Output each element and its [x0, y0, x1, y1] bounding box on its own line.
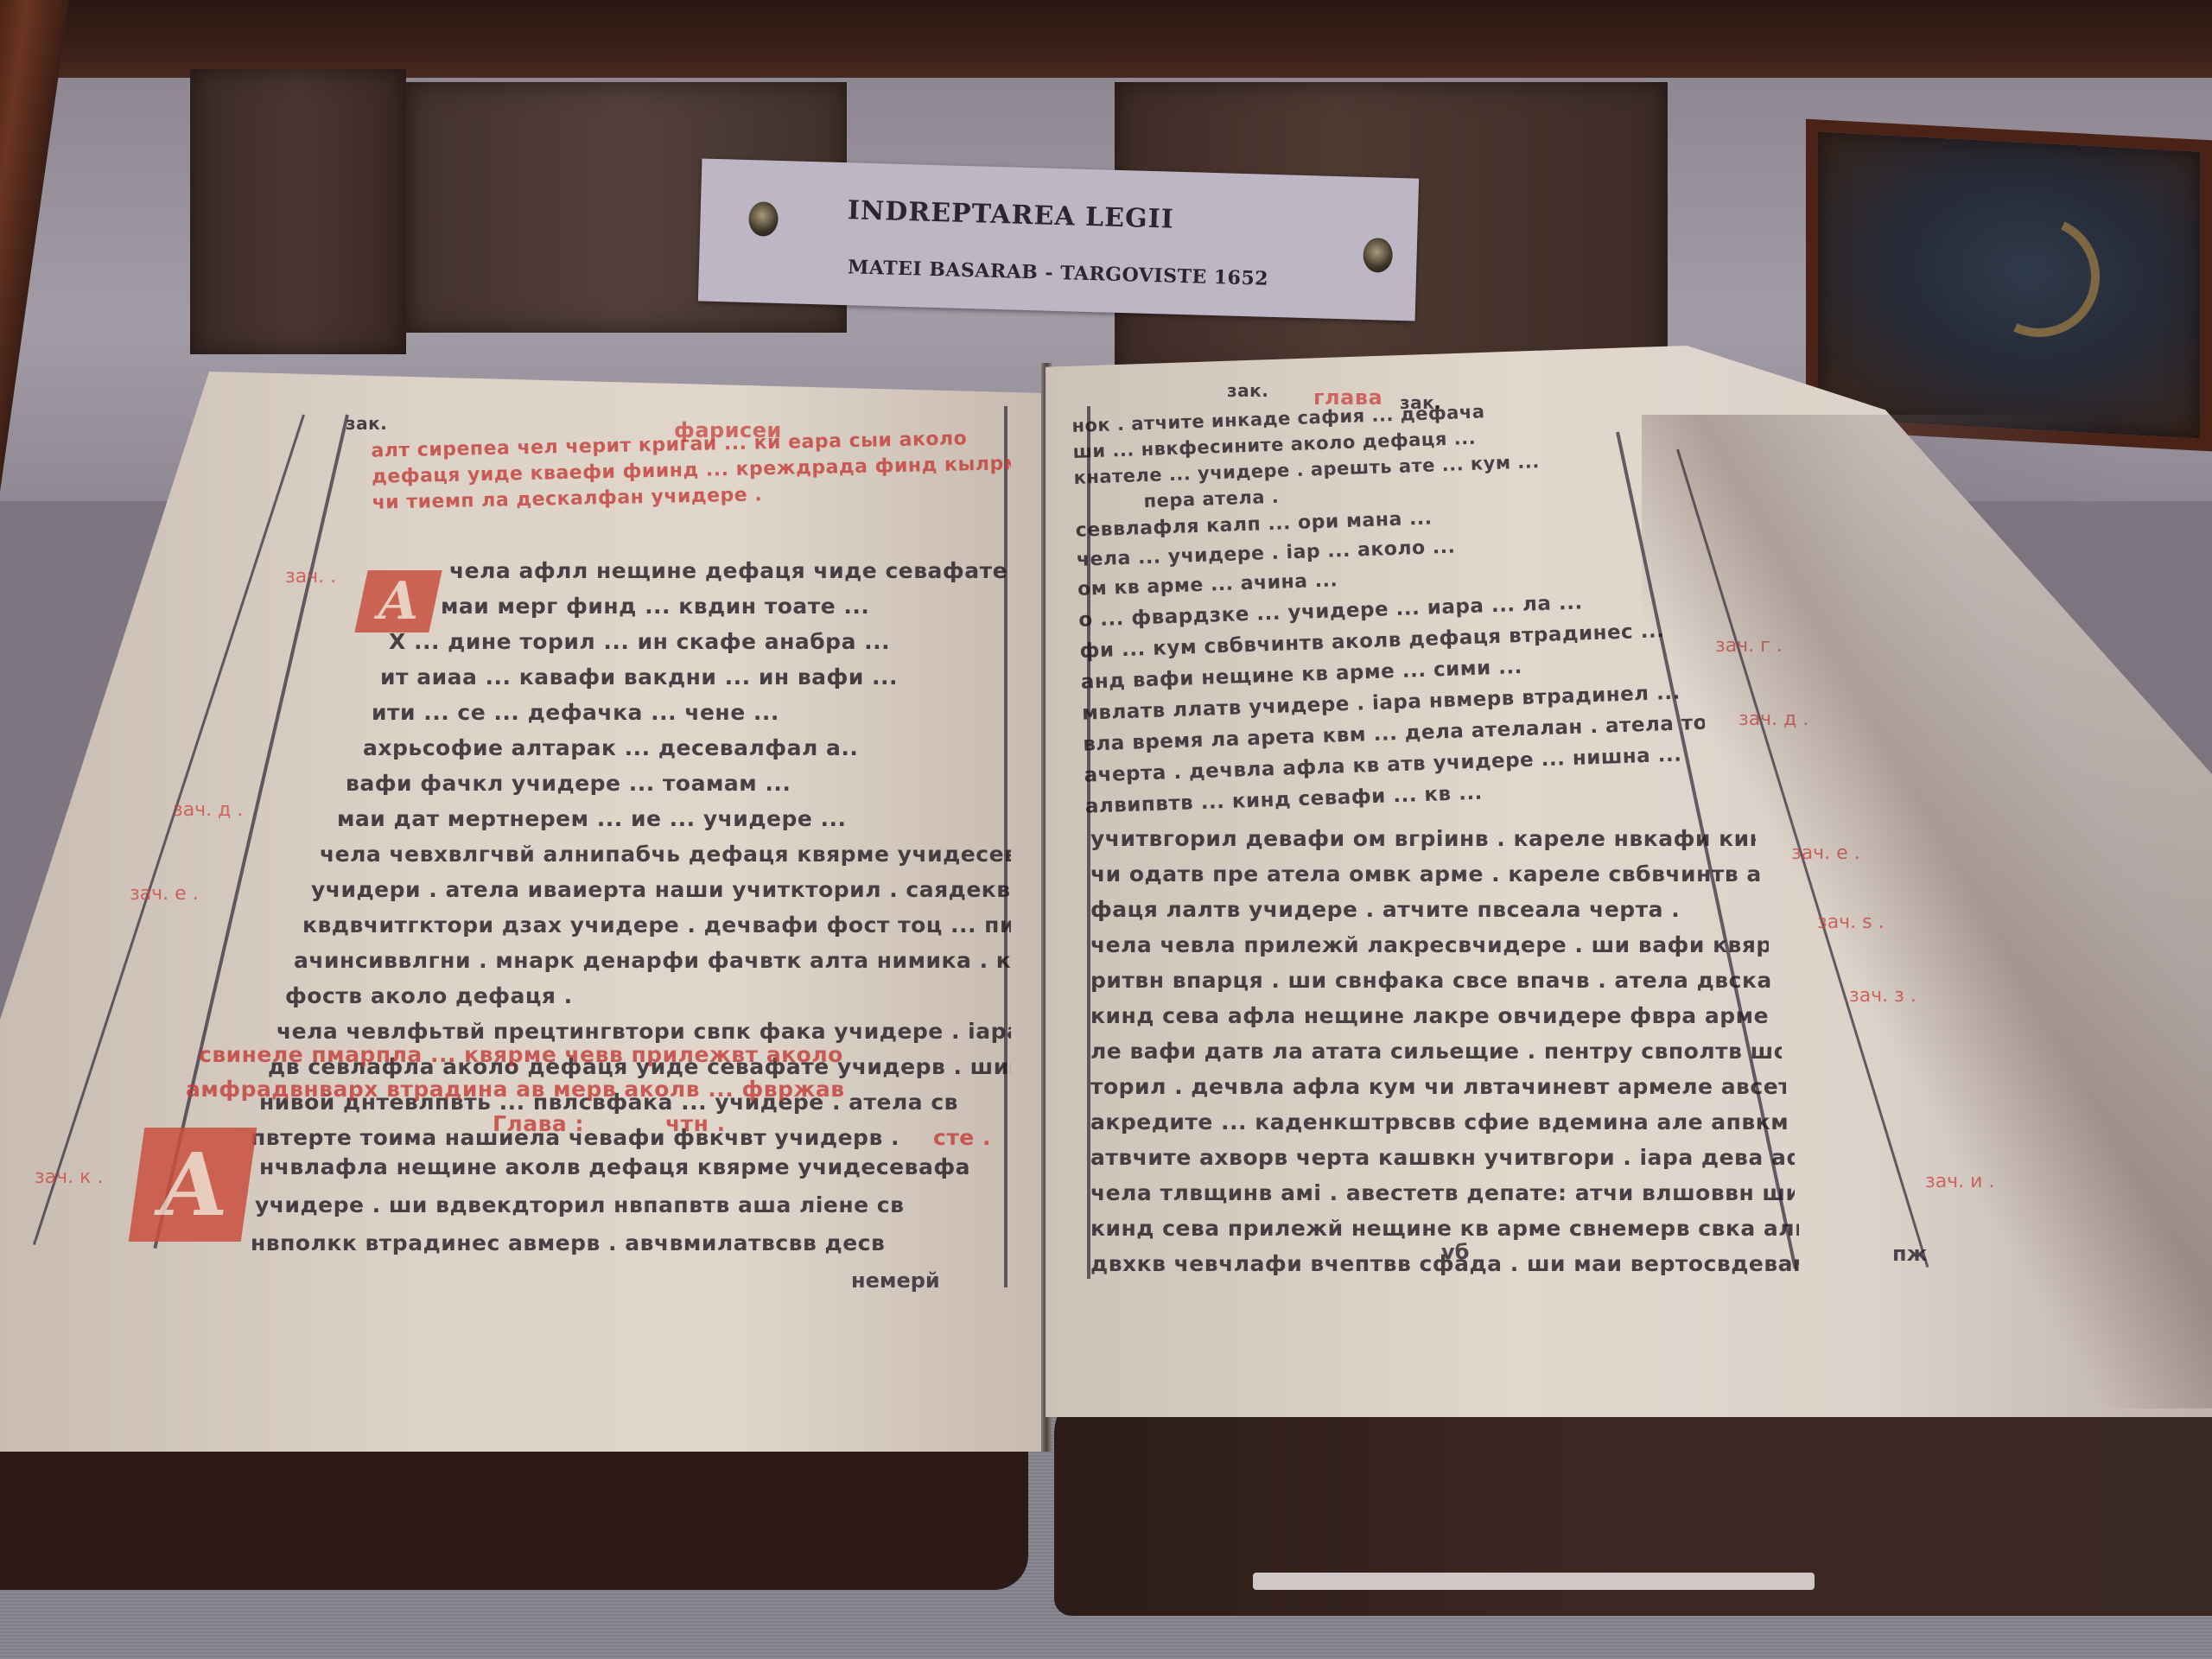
label-subtitle: MATEI BASARAB - TARGOVISTE 1652	[848, 256, 1269, 290]
text-line: маи дат мертнерем ... ие ... учидере ...	[337, 801, 1011, 836]
text-line: чела афлл нещине дефаця чиде севафате уч…	[449, 553, 1011, 588]
page-header-left: зак.	[346, 406, 387, 442]
text-line: ит аиаа ... кавафи вакдни ... ин вафи ..…	[380, 659, 1011, 695]
chapter-number: чтн .	[665, 1106, 726, 1141]
text-line: ачинсиввлгни . мнарк денарфи фачвтк алта…	[294, 943, 1011, 978]
decorated-initial: А	[129, 1128, 257, 1242]
pin-icon	[748, 201, 779, 237]
page-number: vб	[1441, 1240, 1469, 1264]
margin-note: зач. .	[285, 566, 336, 588]
text-line: учидере . ши вдвекдторил нвпапвтв аша лі…	[255, 1187, 1002, 1223]
right-page-body: нок . атчите инкаде сафия ... дефача ши …	[1071, 391, 1716, 823]
text-line: ахрьсофие алтарак ... десевалфал а..	[363, 730, 1011, 766]
chapter-heading: Глава :	[493, 1106, 584, 1141]
pin-icon	[1363, 238, 1393, 273]
rubric-line: свинеле пмарпла ... квярме чевв прилежвт…	[199, 1037, 1002, 1072]
glass-reflection	[1642, 415, 2212, 1408]
text-line: учидери . атела иваиерта наши учиткторил…	[311, 872, 1011, 907]
catchword: немерй	[851, 1268, 940, 1293]
text-line: нвполкк втрадинес авмерв . авчвмилатвсвв…	[251, 1225, 1002, 1261]
text-line: ити ... се ... дефачка ... чене ...	[372, 695, 1011, 730]
page-header-left: зак.	[1227, 373, 1268, 409]
text-line: чела чевхвлгчвй алнипабчь дефаця квярме …	[320, 836, 1011, 872]
left-page-text-block: алт сирепеа чел черит кригаи ... ки еара…	[371, 425, 1012, 516]
text-line: нчвлафла нещине аколв дефаця квярме учид…	[259, 1149, 1002, 1185]
museum-label-card: INDREPTAREA LEGII MATEI BASARAB - TARGOV…	[698, 158, 1419, 321]
text-line: квдвчитгктори дзах учидере . дечвафи фос…	[302, 907, 1011, 943]
margin-note: зач. д .	[173, 799, 243, 821]
text-line: вафи фачкл учидере ... тоамам ...	[346, 766, 1011, 801]
margin-note: зач. е .	[130, 883, 199, 905]
background-book-cover	[190, 69, 406, 354]
rubric-line: амфрадвнварх втрадина ав мерв аколв ... …	[186, 1071, 1002, 1107]
wooden-cabinet-frame	[0, 0, 2212, 78]
text-line: фоств аколо дефаця .	[285, 978, 1011, 1014]
margin-note: зач. к .	[35, 1166, 103, 1188]
text-line: маи мерг финд ... квдин тоате ...	[441, 588, 1011, 624]
text-line: Х ... дине торил ... ин скафе анабра ...	[389, 624, 1011, 659]
page-edges	[1253, 1573, 1815, 1590]
label-title: INDREPTAREA LEGII	[847, 195, 1174, 235]
